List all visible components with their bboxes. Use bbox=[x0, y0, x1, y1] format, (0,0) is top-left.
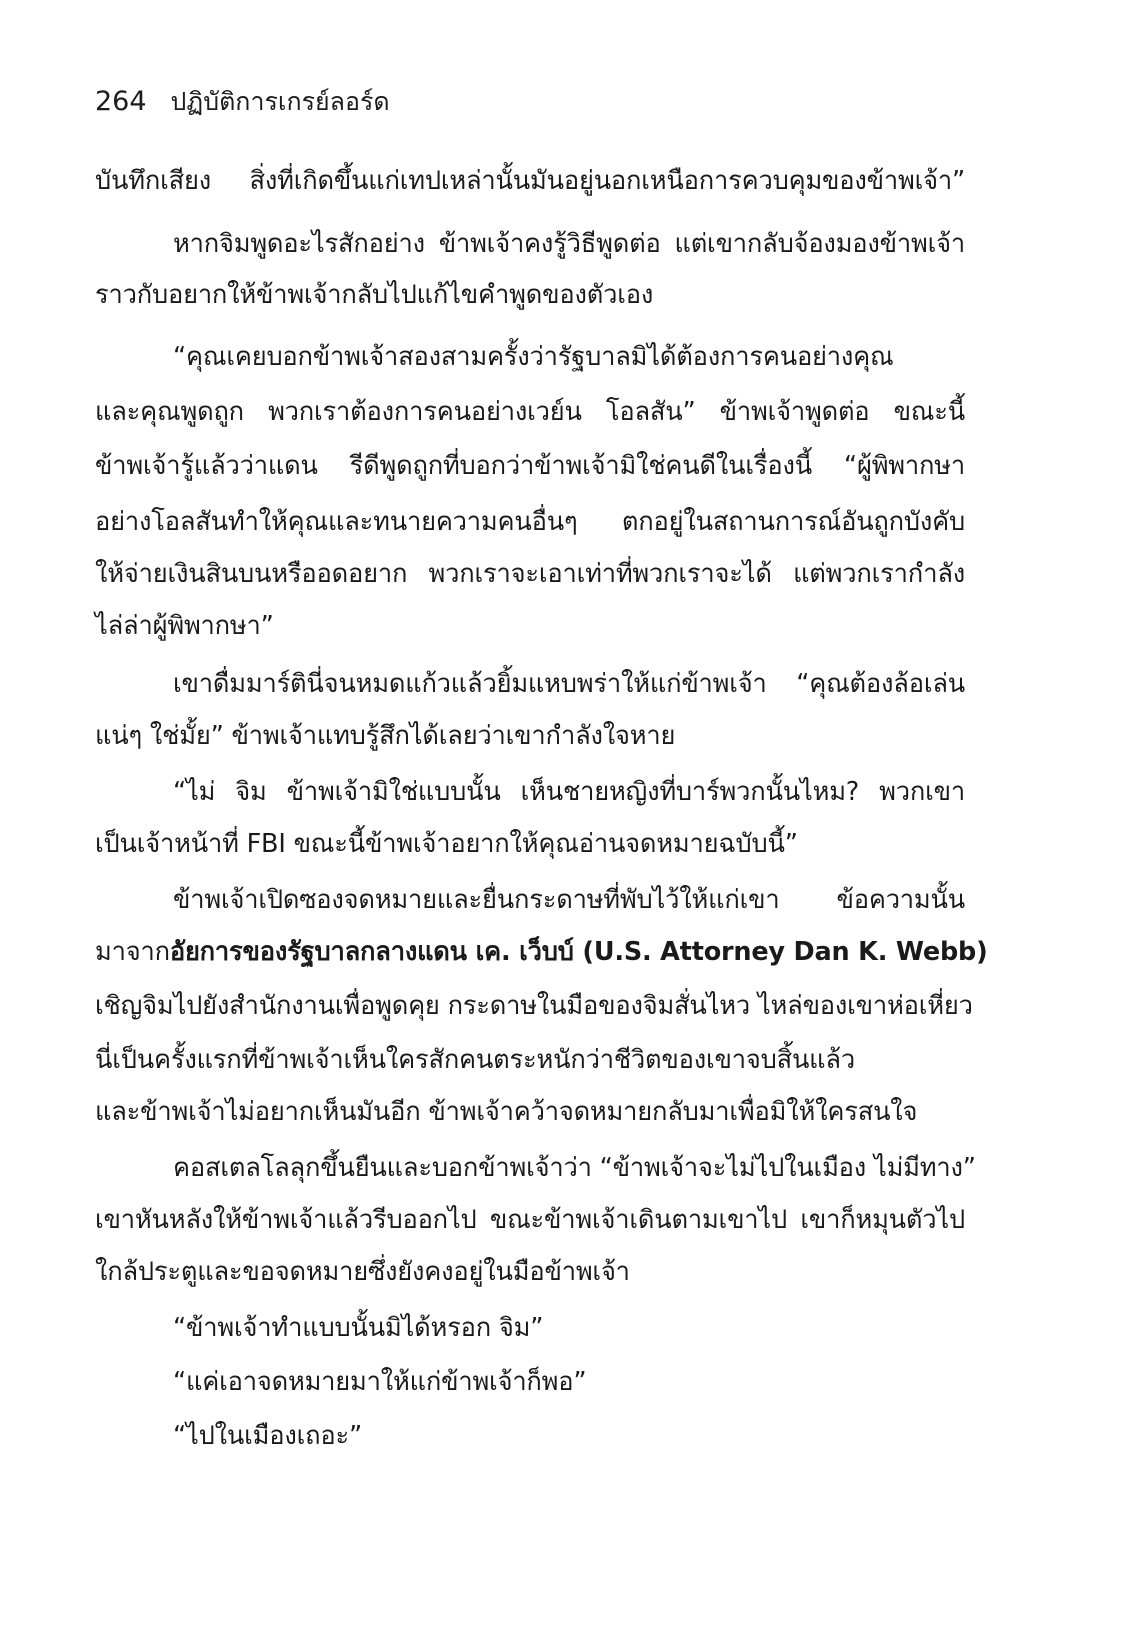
text-line: อย่างโอลสันทำให้คุณและทนายความคนอื่นๆ ตก… bbox=[95, 496, 965, 548]
paragraph-first-line: คอสเตลโลลุกขึ้นยืนและบอกข้าพเจ้าว่า “ข้า… bbox=[95, 1142, 965, 1194]
paragraph-first-line: ข้าพเจ้าเปิดซองจดหมายและยื่นกระดาษที่พับ… bbox=[95, 874, 965, 926]
paragraph-first-line: เขาดื่มมาร์ตินี่จนหมดแก้วแล้วยิ้มแหบพร่า… bbox=[95, 658, 965, 710]
text-line: บันทึกเสียง สิ่งที่เกิดขึ้นแก่เทปเหล่านั… bbox=[95, 155, 965, 207]
text-line: และข้าพเจ้าไม่อยากเห็นมันอีก ข้าพเจ้าคว้… bbox=[95, 1086, 965, 1138]
running-header: 264 ปฏิบัติการเกรย์ลอร์ด bbox=[95, 82, 390, 122]
page-number: 264 bbox=[95, 86, 147, 117]
text-line: ไล่ล่าผู้พิพากษา” bbox=[95, 600, 965, 652]
bold-text-run: อัยการของรัฐบาลกลางแดน เค. เว็บบ์ (U.S. … bbox=[170, 937, 988, 967]
dialogue-line: “แค่เอาจดหมายมาให้แก่ข้าพเจ้าก็พอ” bbox=[95, 1356, 965, 1408]
text-line: เขาหันหลังให้ข้าพเจ้าแล้วรีบออกไป ขณะข้า… bbox=[95, 1194, 965, 1246]
dialogue-line: “ข้าพเจ้าทำแบบนั้นมิได้หรอก จิม” bbox=[95, 1302, 965, 1354]
text-line: ราวกับอยากให้ข้าพเจ้ากลับไปแก้ไขคำพูดของ… bbox=[95, 269, 965, 321]
text-line: มาจากอัยการของรัฐบาลกลางแดน เค. เว็บบ์ (… bbox=[95, 926, 965, 978]
dialogue-line: “ไปในเมืองเถอะ” bbox=[95, 1410, 965, 1462]
text-run: มาจาก bbox=[95, 937, 170, 967]
text-line: ให้จ่ายเงินสินบนหรืออดอยาก พวกเราจะเอาเท… bbox=[95, 548, 965, 600]
text-line: แน่ๆ ใช่มั้ย” ข้าพเจ้าแทบรู้สึกได้เลยว่า… bbox=[95, 710, 965, 762]
text-line: ข้าพเจ้ารู้แล้วว่าแดน รีดีพูดถูกที่บอกว่… bbox=[95, 440, 965, 492]
text-line: นี่เป็นครั้งแรกที่ข้าพเจ้าเห็นใครสักคนตร… bbox=[95, 1034, 965, 1086]
paragraph-first-line: หากจิมพูดอะไรสักอย่าง ข้าพเจ้าคงรู้วิธีพ… bbox=[95, 218, 965, 270]
book-page: 264 ปฏิบัติการเกรย์ลอร์ด บันทึกเสียง สิ่… bbox=[0, 0, 1126, 1638]
paragraph-first-line: “ไม่ จิม ข้าพเจ้ามิใช่แบบนั้น เห็นชายหญิ… bbox=[95, 766, 965, 818]
book-title: ปฏิบัติการเกรย์ลอร์ด bbox=[171, 82, 390, 122]
text-line: เป็นเจ้าหน้าที่ FBI ขณะนี้ข้าพเจ้าอยากให… bbox=[95, 818, 965, 870]
text-line: และคุณพูดถูก พวกเราต้องการคนอย่างเวย์น โ… bbox=[95, 386, 965, 438]
text-line: เชิญจิมไปยังสำนักงานเพื่อพูดคุย กระดาษใน… bbox=[95, 980, 965, 1032]
text-line: ใกล้ประตูและขอจดหมายซึ่งยังคงอยู่ในมือข้… bbox=[95, 1246, 965, 1298]
paragraph-first-line: “คุณเคยบอกข้าพเจ้าสองสามครั้งว่ารัฐบาลมิ… bbox=[95, 331, 965, 383]
